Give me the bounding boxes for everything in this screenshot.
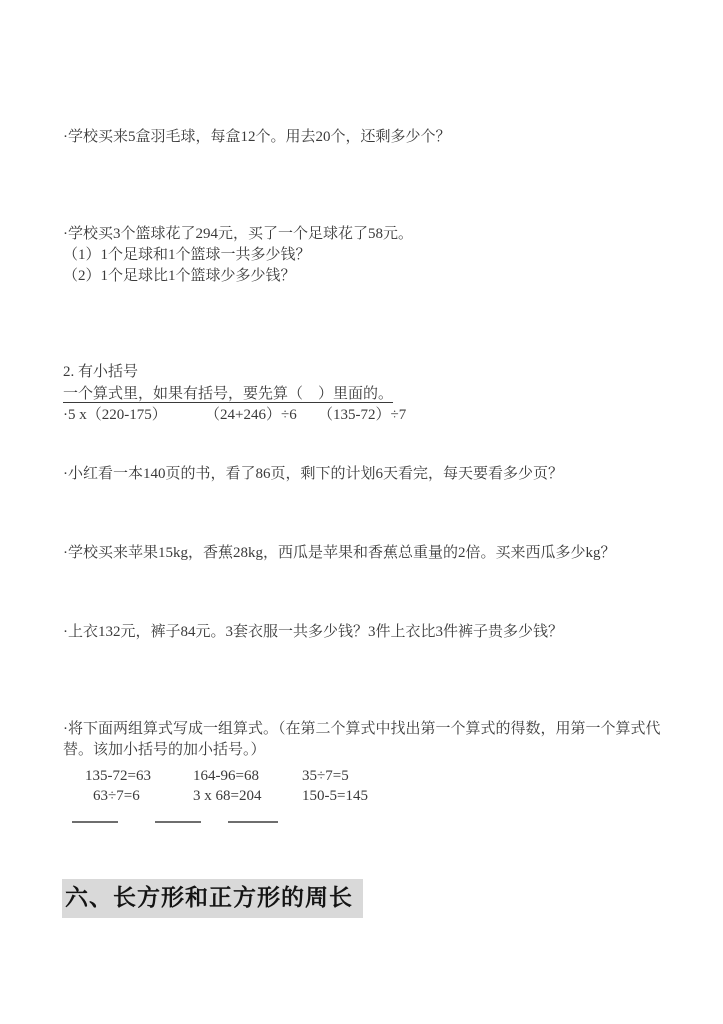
equation-group1-bottom: 63÷7=6	[93, 786, 140, 806]
problem-clothes: ·上衣132元，裤子84元。3套衣服一共多少钱？3件上衣比3件裤子贵多少钱？	[63, 622, 563, 643]
problem-basketball: ·学校买3个篮球花了294元，买了一个足球花了58元。 （1）1个足球和1个篮球…	[63, 224, 413, 287]
problem-book: ·小红看一本140页的书，看了86页，剩下的计划6天看完，每天要看多少页？	[63, 464, 563, 485]
equation-group2-bottom: 3 x 68=204	[193, 786, 261, 806]
equation-group3-top: 35÷7=5	[302, 766, 349, 786]
problem-basketball-intro: ·学校买3个篮球花了294元，买了一个足球花了58元。	[63, 224, 413, 245]
problem-badminton: ·学校买来5盒羽毛球，每盒12个。用去20个，还剩多少个？	[63, 127, 451, 148]
subsection-title-brackets: 2. 有小括号	[63, 362, 138, 383]
expression-1: ·5 x（220-175）	[63, 405, 167, 426]
equation-group2-top: 164-96=68	[193, 766, 259, 786]
answer-blank-line-1	[72, 821, 118, 823]
section-heading-perimeter: 六、长方形和正方形的周长	[62, 879, 363, 918]
brackets-rule-underlined: 一个算式里，如果有括号，要先算（ ）里面的。	[63, 384, 393, 405]
problem-combine-instruction: ·将下面两组算式写成一组算式。（在第二个算式中找出第一个算式的得数，用第一个算式…	[63, 719, 703, 761]
expression-2: （24+246）÷6	[205, 405, 297, 426]
expression-3: （135-72）÷7	[318, 405, 406, 426]
problem-fruit: ·学校买来苹果15kg，香蕉28kg，西瓜是苹果和香蕉总重量的2倍。买来西瓜多少…	[63, 543, 616, 564]
answer-blank-line-3	[228, 821, 278, 823]
answer-blank-line-2	[155, 821, 201, 823]
equation-group1-top: 135-72=63	[85, 766, 151, 786]
problem-basketball-q2: （2）1个足球比1个篮球少多少钱？	[63, 266, 413, 287]
worksheet-page: ·学校买来5盒羽毛球，每盒12个。用去20个，还剩多少个？ ·学校买3个篮球花了…	[0, 0, 723, 1024]
equation-group3-bottom: 150-5=145	[302, 786, 368, 806]
problem-combine-line1: ·将下面两组算式写成一组算式。（在第二个算式中找出第一个算式的得数，用第一个算式…	[63, 719, 703, 740]
problem-basketball-q1: （1）1个足球和1个篮球一共多少钱？	[63, 245, 413, 266]
problem-combine-line2: 替。该加小括号的加小括号。）	[63, 740, 703, 761]
